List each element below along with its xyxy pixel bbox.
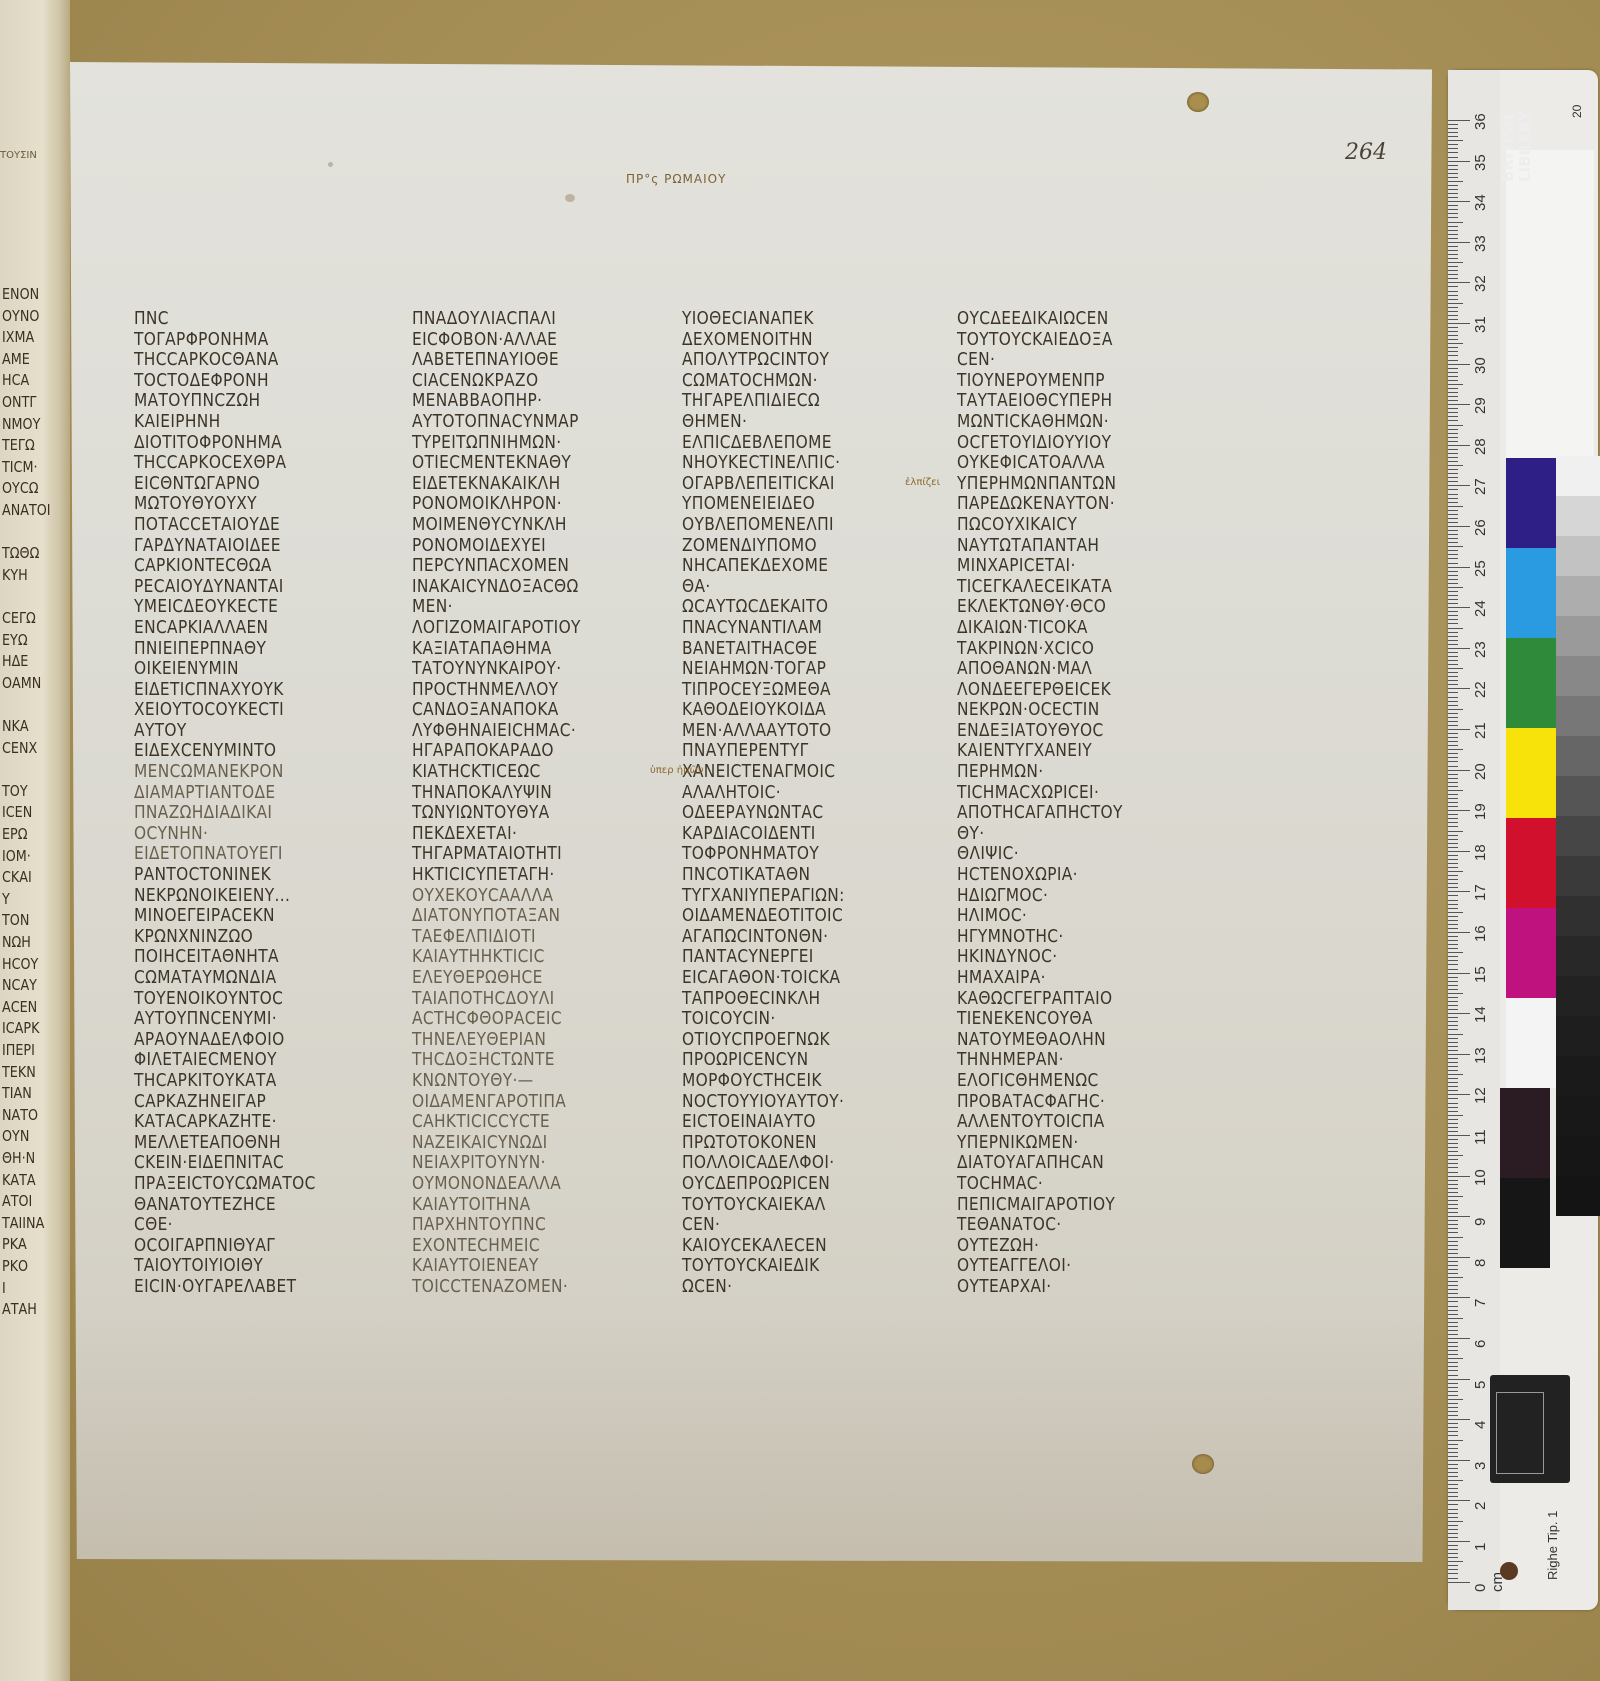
ruler-tick [1448, 1403, 1458, 1404]
ruler-tick [1448, 542, 1458, 543]
text-line: ΕΙCΦΟΒΟΝ·ΑΛΛΑΕ [412, 330, 641, 351]
text-line: ΤΙCΗΜΑCΧΩΡΙCΕΙ· [957, 783, 1186, 804]
ruler-tick [1448, 1297, 1470, 1298]
text-line: ΤΑΤΟΥΝΥΝΚΑΙΡΟΥ· [412, 659, 641, 680]
text-line: ΤΥΡΕΙΤΩΠΝΙΗΜΩΝ· [412, 433, 641, 454]
left-page-line: ΤΑΙΙΝΑ [2, 1214, 44, 1232]
ruler-tick [1448, 757, 1458, 758]
ruler-tick [1448, 1306, 1458, 1307]
ruler-tick [1448, 867, 1458, 868]
ruler-tick [1448, 579, 1458, 580]
ruler-tick [1448, 1107, 1458, 1108]
text-line: CΙΑCΕΝΩΚΡΑΖΟ [412, 371, 641, 392]
ruler-tick [1448, 1257, 1470, 1258]
ruler-tick [1448, 546, 1463, 547]
text-line: ΔΙΑΤΟΝΥΠΟΤΑΞΑΝ [412, 906, 641, 927]
ruler-tick [1448, 835, 1458, 836]
text-line: ΛΟΝΔΕΕΓΕΡΘΕΙCΕΚ [957, 680, 1186, 701]
text-line: ΗΛΙΜΟC· [957, 906, 1186, 927]
text-line: ΝΑΖΕΙΚΑΙCΥΝΩΔΙ [412, 1133, 641, 1154]
ruler-tick [1448, 623, 1458, 624]
text-line: ΤΑΚΡΙΝΩΝ·ΧCΙCΟ [957, 639, 1186, 660]
ruler-tick [1448, 372, 1458, 373]
swatch-cyan [1506, 548, 1556, 638]
ruler-tick [1448, 916, 1458, 917]
left-page-line: ΘΗ·Ν [2, 1149, 35, 1167]
ruler-tick [1448, 1200, 1458, 1201]
ruler-tick [1448, 1362, 1458, 1363]
text-line: ΤΟΦΡΟΝΗΜΑΤΟΥ [682, 844, 911, 865]
ruler-tick [1448, 1086, 1458, 1087]
ruler-tick [1448, 441, 1458, 442]
ruler-tick [1448, 1350, 1458, 1351]
text-line: ΤΑΥΤΑΕΙΟΘCΥΠΕΡΗ [957, 391, 1186, 412]
gray-patch [1556, 616, 1600, 656]
ruler-tick [1448, 1261, 1458, 1262]
ruler-tick [1448, 1155, 1463, 1156]
ruler-tick [1448, 944, 1458, 945]
ruler-tick [1448, 672, 1458, 673]
ruler-tick [1448, 1042, 1458, 1043]
ruler-hole [1500, 1562, 1518, 1580]
ruler-tick [1448, 1253, 1458, 1254]
ruler-tick [1448, 347, 1458, 348]
text-line: ΤΗCCΑΡΚΟCΘΑΝΑ [134, 350, 363, 371]
ruler-tick [1448, 1565, 1458, 1566]
text-line: ΔΙΑΤΟΥΑΓΑΠΗCΑΝ [957, 1153, 1186, 1174]
text-line: CΚΕΙΝ·ΕΙΔΕΠΝΙΤΑC [134, 1153, 363, 1174]
text-column-2: ΠΝΑΔΟΥΛΙΑCΠΑΛΙΕΙCΦΟΒΟΝ·ΑΛΛΑΕΛΑΒΕΤΕΠΝΑΥΙΟ… [412, 309, 672, 1298]
cm-label: 2 [1472, 1502, 1489, 1510]
ruler-tick [1448, 1346, 1458, 1347]
gray-patch [1556, 696, 1600, 736]
text-line: ΜΕΝCΩΜΑΝΕΚΡΟΝ [134, 762, 363, 783]
text-line: ΕΙΔΕΤΟΠΝΑΤΟΥΕΓΙ [134, 844, 363, 865]
ruler-tick [1448, 299, 1458, 300]
ruler-tick [1448, 908, 1458, 909]
ruler-tick [1448, 640, 1458, 641]
ruler-tick [1448, 603, 1458, 604]
ruler-tick [1448, 1452, 1458, 1453]
ruler-tick [1448, 554, 1458, 555]
ruler-tick [1448, 587, 1463, 588]
ruler-tick [1448, 1537, 1458, 1538]
ruler-tick [1448, 1301, 1458, 1302]
ruler-tick [1448, 798, 1458, 799]
text-line: ΟΥCΔΕΕΔΙΚΑΙΩCΕΝ [957, 309, 1186, 330]
ruler-tick [1448, 1147, 1458, 1148]
text-line: ΤΑΙΟΥΤΟΙΥΙΟΙΘΥ [134, 1256, 363, 1277]
text-line: ΤΗΓΑΡΜΑΤΑΙΟΤΗΤΙ [412, 844, 641, 865]
text-line: ΗΚΤΙCΙCΥΠΕΤΑΓΗ· [412, 865, 641, 886]
ruler-tick [1448, 652, 1458, 653]
ruler-tick [1448, 1553, 1458, 1554]
ruler-tick [1448, 1103, 1458, 1104]
left-page-line: ΚΑΤΑ [2, 1171, 36, 1189]
ruler-tick [1448, 1115, 1463, 1116]
ruler-tick [1448, 875, 1458, 876]
text-line: ΤΕΘΑΝΑΤΟC· [957, 1215, 1186, 1236]
text-line: ΠΟΛΛΟΙCΑΔΕΛΦΟΙ· [682, 1153, 911, 1174]
left-page-line: ΝΩΗ [2, 933, 31, 951]
ruler-tick [1448, 1334, 1458, 1335]
ruler-tick [1448, 1342, 1458, 1343]
text-line: ΚΑΙΑΥΤΟΙΕΝΕΑΥ [412, 1256, 641, 1277]
left-page-line: ΙΟΜ· [2, 847, 31, 865]
text-line: ΑΥΤΟΥ [134, 721, 363, 742]
ruler-tick [1448, 213, 1458, 214]
left-page-line: ΤΙΑΝ [2, 1084, 32, 1102]
text-line: ΑΠΟΤΗCΑΓΑΠΗCΤΟΥ [957, 803, 1186, 824]
ruler-tick [1448, 437, 1458, 438]
ruler-tick [1448, 904, 1458, 905]
cm-label: 31 [1472, 316, 1489, 333]
ruler-tick [1448, 1249, 1458, 1250]
text-line: ΤΙΕΝΕΚΕΝCΟΥΘΑ [957, 1009, 1186, 1030]
cm-label: 14 [1472, 1007, 1489, 1024]
ruler-tick [1448, 307, 1458, 308]
ruler-tick [1448, 376, 1458, 377]
ruler-tick [1448, 124, 1458, 125]
ruler-tick [1448, 810, 1470, 811]
ruler-tick [1448, 201, 1470, 202]
text-line: ΚΑΘΟΔΕΙΟΥΚΟΙΔΑ [682, 700, 911, 721]
ruler-tick [1448, 226, 1458, 227]
ruler-tick [1448, 1326, 1458, 1327]
ruler-tick [1448, 449, 1458, 450]
text-line: ΤΑΠΡΟΘΕCΙΝΚΛΗ [682, 989, 911, 1010]
left-page-line: ΤΕΚΝ [2, 1063, 36, 1081]
ruler-tick [1448, 733, 1458, 734]
cm-label: 9 [1472, 1218, 1489, 1226]
text-line: ΠΝC [134, 309, 363, 330]
cm-label: 22 [1472, 682, 1489, 699]
ruler-tick [1448, 1204, 1458, 1205]
ruler-tick [1448, 676, 1458, 677]
left-page-line: ΟΥCΩ [2, 479, 38, 497]
ruler-tick [1448, 1029, 1458, 1030]
text-line: ΤΙΠΡΟCΕΥΞΩΜΕΘΑ [682, 680, 911, 701]
ruler-tick [1448, 753, 1458, 754]
ruler-tick [1448, 1176, 1470, 1177]
ruler-tick [1448, 567, 1470, 568]
gray-patch [1556, 456, 1600, 496]
text-line: ΚΑΙΟΥCΕΚΑΛΕCΕΝ [682, 1236, 911, 1257]
gray-patch [1556, 1056, 1600, 1096]
ruler-tick [1448, 494, 1458, 495]
left-page-line: ΡΚΟ [2, 1257, 28, 1275]
ruler-tick [1448, 453, 1458, 454]
ruler-tick [1448, 1034, 1463, 1035]
ruler-tick [1448, 481, 1458, 482]
ruler-tick [1448, 429, 1458, 430]
left-page-line: ΑΤΑΗ [2, 1300, 37, 1318]
ruler-tick [1448, 761, 1458, 762]
ruler-tick [1448, 1021, 1458, 1022]
ruler-tick [1448, 1062, 1458, 1063]
ruler-tick [1448, 351, 1458, 352]
ruler-tick [1448, 1509, 1458, 1510]
text-line: ΟΥΧΕΚΟΥCΑΑΛΛΑ [412, 886, 641, 907]
ruler-tick [1448, 360, 1458, 361]
ruler-tick [1448, 1500, 1470, 1501]
ruler-tick [1448, 887, 1458, 888]
ruler-tick [1448, 173, 1458, 174]
ruler-tick [1448, 250, 1458, 251]
text-line: ΕΝCΑΡΚΙΑΛΛΑΕΝ [134, 618, 363, 639]
ruler-tick [1448, 936, 1458, 937]
left-page-line: ΗΔΕ [2, 652, 28, 670]
text-line: ΠΑΝΤΑCΥΝΕΡΓΕΙ [682, 947, 911, 968]
text-line: ΟΥΒΛΕΠΟΜΕΝΕΛΠΙ [682, 515, 911, 536]
ruler-tick [1448, 1188, 1458, 1189]
text-line: CΩΜΑΤΑΥΜΩΝΔΙΑ [134, 968, 363, 989]
text-line: ΜΑΤΟΥΠΝCΖΩΗ [134, 391, 363, 412]
cm-label: 13 [1472, 1047, 1489, 1064]
text-line: ΠΝΑCΥΝΑΝΤΙΛΑΜ [682, 618, 911, 639]
cm-label: 17 [1472, 885, 1489, 902]
ruler-tick [1448, 550, 1458, 551]
text-line: ΟCΥΝΗΝ· [134, 824, 363, 845]
left-page-line: ΗCΑ [2, 371, 29, 389]
swatch-green [1506, 638, 1556, 728]
text-line: ΝΗCΑΠΕΚΔΕΧΟΜΕ [682, 556, 911, 577]
ruler-tick [1448, 611, 1458, 612]
text-line: ΜΟΙΜΕΝΘΥCΥΝΚΛΗ [412, 515, 641, 536]
ruler-tick [1448, 217, 1458, 218]
ruler-tick [1448, 1415, 1458, 1416]
cm-label: 1 [1472, 1543, 1489, 1551]
text-line: ΛΥΦΘΗΝΑΙΕΙCΗΜΑC· [412, 721, 641, 742]
ruler-tick [1448, 157, 1458, 158]
text-line: ΤΗΝΕΛΕΥΘΕΡΙΑΝ [412, 1030, 641, 1051]
text-line: ΕΚΛΕΚΤΩΝΘΥ·ΘCΟ [957, 597, 1186, 618]
left-page-line: ΤΙCΜ· [2, 458, 38, 476]
british-library-badge [1490, 1375, 1570, 1483]
ruler-tick [1448, 1472, 1458, 1473]
ruler-tick [1448, 595, 1458, 596]
ruler-tick [1448, 128, 1458, 129]
gray-patch [1556, 896, 1600, 936]
text-line: ΡΑΝΤΟCΤΟΝΙΝΕΚ [134, 865, 363, 886]
ruler-tick [1448, 1050, 1458, 1051]
ruler-tick [1448, 506, 1463, 507]
ruler-tick [1448, 1496, 1458, 1497]
ruler-tick [1448, 1444, 1458, 1445]
ruler-tick [1448, 242, 1470, 243]
text-line: CΑΝΔΟΞΑΝΑΠΟΚΑ [412, 700, 641, 721]
ruler-tick [1448, 1370, 1458, 1371]
ruler-tick [1448, 140, 1463, 141]
swatch-dark-brown [1500, 1088, 1550, 1178]
gray-patch [1556, 656, 1600, 696]
left-page-line: ΟΑΜΝ [2, 674, 41, 692]
left-page-line: ΟΥΝΟ [2, 307, 39, 325]
ruler-tick [1448, 997, 1458, 998]
folio-number: 264 [1345, 140, 1387, 165]
ruler-tick [1448, 144, 1458, 145]
text-line: ΤΑΙΑΠΟΤΗCΔΟΥΛΙ [412, 989, 641, 1010]
text-line: ΡΟΝΟΜΟΙΔΕΧΥΕΙ [412, 536, 641, 557]
text-line: ΑΥΤΟΤΟΠΝΑCΥΝΜΑΡ [412, 412, 641, 433]
text-line: ΡΕCΑΙΟΥΔΥΝΑΝΤΑΙ [134, 577, 363, 598]
text-line: ΧΕΙΟΥΤΟCΟΥΚΕCΤΙ [134, 700, 363, 721]
ruler-tick [1448, 619, 1458, 620]
ruler-tick [1448, 932, 1470, 933]
left-page-line: ΕΡΩ [2, 825, 28, 843]
ruler-tick [1448, 1488, 1458, 1489]
text-line: ΠΩCΟΥΧΙΚΑΙCΥ [957, 515, 1186, 536]
text-line: ΝΗΟΥΚΕCΤΙΝΕΛΠΙC· [682, 453, 911, 474]
text-line: ΚΡΩΝΧΝΙΝΖΩΟ [134, 927, 363, 948]
text-line: ΚΑΙΕΙΡΗΝΗ [134, 412, 363, 433]
ruler-tick [1448, 1220, 1458, 1221]
cm-label: 25 [1472, 560, 1489, 577]
ruler-tick [1448, 526, 1470, 527]
ruler-tick [1448, 1525, 1458, 1526]
ruler-tick [1448, 404, 1470, 405]
ruler-tick [1448, 790, 1463, 791]
text-line: ΘΛΙΨΙC· [957, 844, 1186, 865]
ruler-tick [1448, 136, 1458, 137]
left-page-line: ΤΟΥ [2, 782, 28, 800]
cm-label: 36 [1472, 113, 1489, 130]
text-line: CΑΡΚΙΟΝΤΕCΘΩΑ [134, 556, 363, 577]
text-line: CΕΝ· [957, 350, 1186, 371]
left-page-line: ΤΟΝ [2, 911, 29, 929]
ruler-tick [1448, 1265, 1458, 1266]
ruler-tick [1448, 1517, 1458, 1518]
ruler-tick [1448, 165, 1458, 166]
ruler-tick [1448, 721, 1458, 722]
text-line: ΟΥΜΟΝΟΝΔΕΑΛΛΑ [412, 1174, 641, 1195]
ruler-tick [1448, 1025, 1458, 1026]
ruler-tick [1448, 1440, 1463, 1441]
ruler-tick [1448, 1330, 1458, 1331]
swatch-white [1506, 998, 1556, 1088]
ruler-tick [1448, 1338, 1470, 1339]
text-line: ΤΟCΤΟΔΕΦΡΟΝΗ [134, 371, 363, 392]
ruler-tick [1448, 636, 1458, 637]
left-page-line: ΝΑΤΟ [2, 1106, 38, 1124]
text-line: ΩCΕΝ· [682, 1277, 911, 1298]
left-page-line: ICΕΝ [2, 803, 32, 821]
leaf-hole-top [1187, 92, 1209, 112]
ruler-tick [1448, 1127, 1458, 1128]
text-line: ΟCΟΙΓΑΡΠΝΙΘΥΑΓ [134, 1236, 363, 1257]
ruler-tick [1448, 230, 1458, 231]
ruler-tick [1448, 794, 1458, 795]
text-line: ΡΟΝΟΜΟΙΚΛΗΡΟΝ· [412, 494, 641, 515]
text-line: ΦΙΛΕΤΑΙΕCΜΕΝΟΥ [134, 1050, 363, 1071]
text-line: ΒΑΝΕΤΑΙΤΗΑCΘΕ [682, 639, 911, 660]
cm-label: 29 [1472, 398, 1489, 415]
cm-label: 5 [1472, 1380, 1489, 1388]
cm-label: 28 [1472, 438, 1489, 455]
text-line: ΠΟΤΑCCΕΤΑΙΟΥΔΕ [134, 515, 363, 536]
ruler-tick [1448, 1521, 1463, 1522]
ruler-tick [1448, 737, 1458, 738]
ruler-tick [1448, 851, 1470, 852]
text-line: ΟΥΚΕΦΙCΑΤΟΑΛΛΑ [957, 453, 1186, 474]
swatch-magenta [1506, 908, 1556, 998]
ruler-tick [1448, 1281, 1458, 1282]
ruler-tick [1448, 1533, 1458, 1534]
gray-patch [1556, 1096, 1600, 1136]
ruler-tick [1448, 1066, 1458, 1067]
ruler-tick [1448, 879, 1458, 880]
ruler-tick [1448, 335, 1458, 336]
text-line: ΧΑΝΕΙCΤΕΝΑΓΜΟΙC [682, 762, 911, 783]
text-line: ΤΟCΗΜΑC· [957, 1174, 1186, 1195]
text-line: ΥΠΕΡΝΙΚΩΜΕΝ· [957, 1133, 1186, 1154]
ruler-tick [1448, 1038, 1458, 1039]
ruler-tick [1448, 1549, 1458, 1550]
ruler-tick [1448, 368, 1458, 369]
text-line: ΠΡΑΞΕΙCΤΟΥCΩΜΑΤΟC [134, 1174, 363, 1195]
ruler-tick [1448, 1435, 1458, 1436]
text-line: ΜΙΝΧΑΡΙCΕΤΑΙ· [957, 556, 1186, 577]
ruler-tick [1448, 327, 1458, 328]
ruler-tick [1448, 1513, 1458, 1514]
text-column-4: ΟΥCΔΕΕΔΙΚΑΙΩCΕΝΤΟΥΤΟΥCΚΑΙΕΔΟΞΑCΕΝ·ΤΙΟΥΝΕ… [957, 309, 1217, 1298]
text-line: ΟΥCΔΕΠΡΟΩΡΙCΕΝ [682, 1174, 911, 1195]
ruler-tick [1448, 461, 1458, 462]
ruler-tick [1448, 563, 1458, 564]
left-page-line: Υ [2, 890, 10, 908]
ruler-tick [1448, 1180, 1458, 1181]
text-line: ΩCΑΥΤΩCΔΕΚΑΙΤΟ [682, 597, 911, 618]
text-line: ΜΩΝΤΙCΚΑΘΗΜΩΝ· [957, 412, 1186, 433]
text-line: ΕΧΟΝΤΕCΗΜΕΙC [412, 1236, 641, 1257]
ruler-tick [1448, 120, 1470, 121]
ruler-tick [1448, 1172, 1458, 1173]
ruler-tick [1448, 1269, 1458, 1270]
left-page-line: ΡΚΑ [2, 1235, 27, 1253]
ruler-tick [1448, 786, 1458, 787]
left-page-line: ΑCΕΝ [2, 998, 37, 1016]
left-page-line: ΕΥΩ [2, 631, 28, 649]
ruler-tick [1448, 1354, 1458, 1355]
ruler-tick [1448, 1573, 1458, 1574]
left-page-line: ΤΩΘΩ [2, 544, 39, 562]
ruler-tick [1448, 1314, 1458, 1315]
cm-label: 21 [1472, 722, 1489, 739]
text-line: ΜΕΝΑΒΒΑΟΠΗΡ· [412, 391, 641, 412]
ruler-tick [1448, 973, 1470, 974]
text-line: ΗΜΑΧΑΙΡΑ· [957, 968, 1186, 989]
cm-label: 8 [1472, 1258, 1489, 1266]
cm-label: 3 [1472, 1461, 1489, 1469]
text-line: ΠΡΟCΤΗΝΜΕΛΛΟΥ [412, 680, 641, 701]
ruler-tick [1448, 766, 1458, 767]
ruler-tick [1448, 1237, 1463, 1238]
ruler-tick [1448, 388, 1458, 389]
text-line: ΗCΤΕΝΟΧΩΡΙΑ· [957, 865, 1186, 886]
text-line: ΥΠΕΡΗΜΩΝΠΑΝΤΩΝ [957, 474, 1186, 495]
text-line: ΚΑΙΑΥΤΗΗΚΤΙCΙC [412, 947, 641, 968]
text-line: ΛΑΒΕΤΕΠΝΑΥΙΟΘΕ [412, 350, 641, 371]
ruler-tick [1448, 1151, 1458, 1152]
text-line: ΖΟΜΕΝΔΙΥΠΟΜΟ [682, 536, 911, 557]
text-line: ΤΟΥΕΝΟΙΚΟΥΝΤΟC [134, 989, 363, 1010]
text-line: ΜΟΡΦΟΥCΤΗCΕΙΚ [682, 1071, 911, 1092]
ruler-tick [1448, 1098, 1458, 1099]
ruler-tick [1448, 1009, 1458, 1010]
ruler-tick [1448, 745, 1458, 746]
text-line: ΠΝΑΥΠΕΡΕΝΤΥΓ [682, 741, 911, 762]
ruler-tick [1448, 1135, 1470, 1136]
